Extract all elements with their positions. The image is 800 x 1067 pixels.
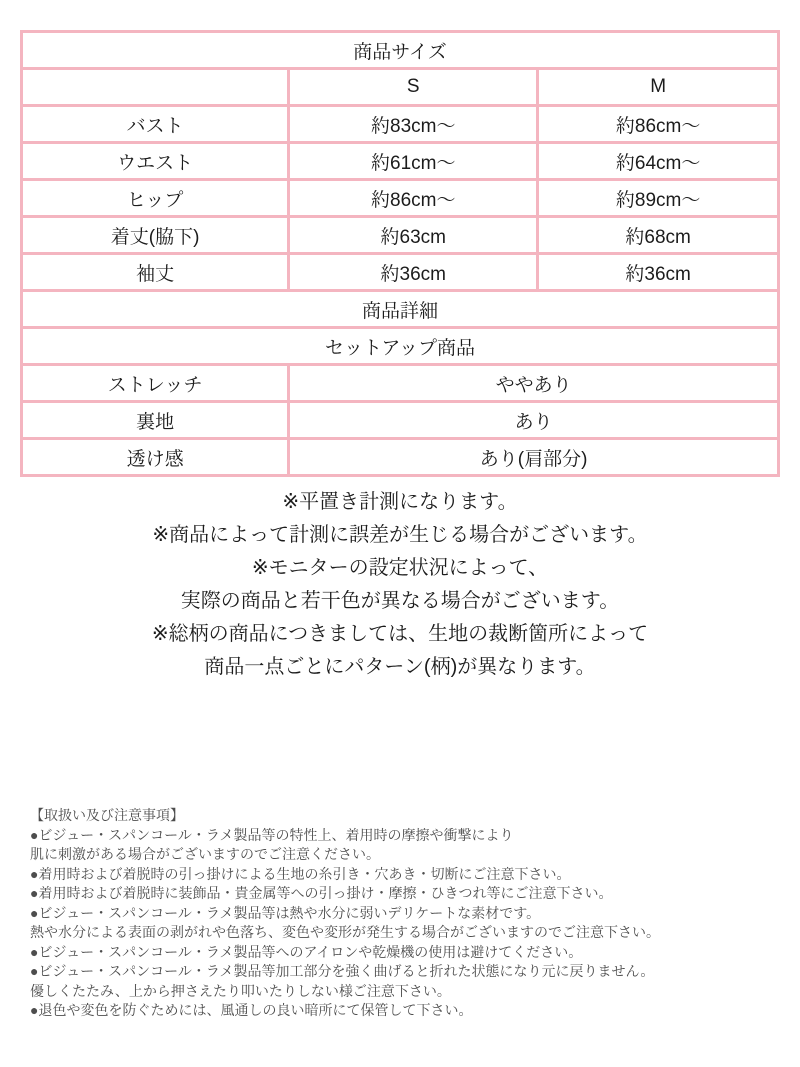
measurement-row-waist: ウエスト 約61cm〜 約64cm〜 — [22, 143, 779, 180]
detail-header: 商品詳細 — [22, 291, 779, 328]
detail-label: 透け感 — [22, 439, 289, 476]
measurement-value-m: 約64cm〜 — [538, 143, 779, 180]
detail-label: 裏地 — [22, 402, 289, 439]
size-header-s: S — [289, 69, 538, 106]
detail-label: ストレッチ — [22, 365, 289, 402]
note-line: 実際の商品と若干色が異なる場合がございます。 — [0, 585, 800, 618]
care-heading: 【取扱い及び注意事項】 — [30, 806, 790, 826]
detail-subheader: セットアップ商品 — [22, 328, 779, 365]
table-title-row: 商品サイズ — [22, 32, 779, 69]
care-line: 熱や水分による表面の剥がれや色落ち、変色や変形が発生する場合がございますのでご注… — [30, 923, 790, 943]
detail-value: あり(肩部分) — [289, 439, 779, 476]
measurement-value-m: 約68cm — [538, 217, 779, 254]
measurement-row-hip: ヒップ 約86cm〜 約89cm〜 — [22, 180, 779, 217]
detail-row-stretch: ストレッチ ややあり — [22, 365, 779, 402]
care-line: ●ビジュー・スパンコール・ラメ製品等へのアイロンや乾燥機の使用は避けてください。 — [30, 943, 790, 963]
care-line: ●着用時および着脱時の引っ掛けによる生地の糸引き・穴あき・切断にご注意下さい。 — [30, 865, 790, 885]
care-line: 優しくたたみ、上から押さえたり叩いたりしない様ご注意下さい。 — [30, 982, 790, 1002]
measurement-value-s: 約61cm〜 — [289, 143, 538, 180]
care-line: ●ビジュー・スパンコール・ラメ製品等は熱や水分に弱いデリケートな素材です。 — [30, 904, 790, 924]
care-line: 肌に刺激がある場合がございますのでご注意ください。 — [30, 845, 790, 865]
measurement-value-s: 約36cm — [289, 254, 538, 291]
note-line: ※商品によって計測に誤差が生じる場合がございます。 — [0, 519, 800, 552]
care-line: ●ビジュー・スパンコール・ラメ製品等加工部分を強く曲げると折れた状態になり元に戻… — [30, 962, 790, 982]
measurement-label: 袖丈 — [22, 254, 289, 291]
measurement-label: ウエスト — [22, 143, 289, 180]
care-instructions: 【取扱い及び注意事項】 ●ビジュー・スパンコール・ラメ製品等の特性上、着用時の摩… — [30, 806, 790, 1021]
detail-row-sheerness: 透け感 あり(肩部分) — [22, 439, 779, 476]
measurement-value-s: 約86cm〜 — [289, 180, 538, 217]
note-line: ※総柄の商品につきましては、生地の裁断箇所によって — [0, 618, 800, 651]
size-header-empty-cell — [22, 69, 289, 106]
note-line: ※平置き計測になります。 — [0, 486, 800, 519]
product-size-table: 商品サイズ S M バスト 約83cm〜 約86cm〜 ウエスト 約61cm〜 … — [20, 30, 780, 477]
measurement-row-length: 着丈(脇下) 約63cm 約68cm — [22, 217, 779, 254]
detail-value: ややあり — [289, 365, 779, 402]
measurement-row-sleeve: 袖丈 約36cm 約36cm — [22, 254, 779, 291]
detail-header-row: 商品詳細 — [22, 291, 779, 328]
detail-value: あり — [289, 402, 779, 439]
note-line: 商品一点ごとにパターン(柄)が異なります。 — [0, 651, 800, 684]
measurement-label: ヒップ — [22, 180, 289, 217]
size-header-m: M — [538, 69, 779, 106]
care-line: ●ビジュー・スパンコール・ラメ製品等の特性上、着用時の摩擦や衝撃により — [30, 826, 790, 846]
detail-subheader-row: セットアップ商品 — [22, 328, 779, 365]
measurement-label: バスト — [22, 106, 289, 143]
care-line: ●着用時および着脱時に装飾品・貴金属等への引っ掛け・摩擦・ひきつれ等にご注意下さ… — [30, 884, 790, 904]
detail-row-lining: 裏地 あり — [22, 402, 779, 439]
care-line: ●退色や変色を防ぐためには、風通しの良い暗所にて保管して下さい。 — [30, 1001, 790, 1021]
size-header-row: S M — [22, 69, 779, 106]
measurement-value-s: 約63cm — [289, 217, 538, 254]
measurement-row-bust: バスト 約83cm〜 約86cm〜 — [22, 106, 779, 143]
measurement-value-m: 約36cm — [538, 254, 779, 291]
measurement-value-m: 約89cm〜 — [538, 180, 779, 217]
table-title: 商品サイズ — [22, 32, 779, 69]
measurement-value-m: 約86cm〜 — [538, 106, 779, 143]
measurement-label: 着丈(脇下) — [22, 217, 289, 254]
note-line: ※モニターの設定状況によって、 — [0, 552, 800, 585]
measurement-notes: ※平置き計測になります。 ※商品によって計測に誤差が生じる場合がございます。 ※… — [0, 486, 800, 684]
measurement-value-s: 約83cm〜 — [289, 106, 538, 143]
